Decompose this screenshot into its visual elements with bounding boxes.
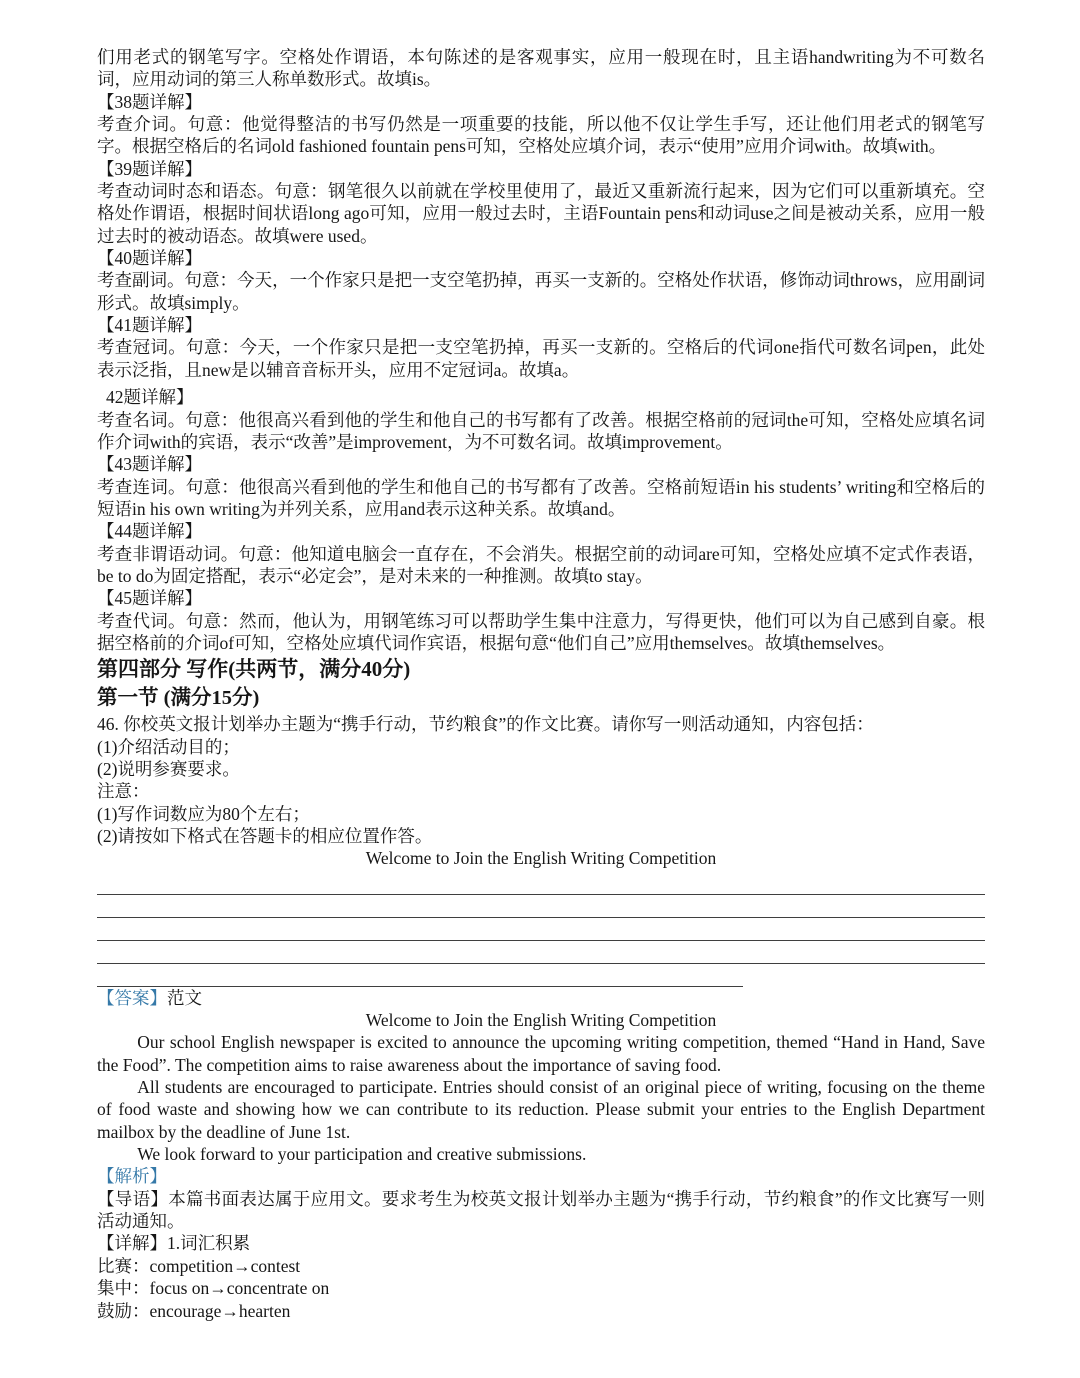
detail-body-44: 考查非谓语动词。句意：他知道电脑会一直存在，不会消失。根据空前的动词are可知，… [97, 543, 985, 588]
section-heading: 第一节 (满分15分) [97, 684, 985, 713]
task-point-1: (1)介绍活动目的； [97, 736, 985, 758]
task-prompt: 46. 你校英文报计划举办主题为“携手行动，节约粮食”的作文比赛。请你写一则活动… [97, 713, 985, 735]
vocab-item-2: 集中：focus on→concentrate on [97, 1277, 985, 1299]
vocab-item-3: 鼓励：encourage→hearten [97, 1300, 985, 1322]
answer-blank-line [97, 872, 985, 895]
answer-blank-line [97, 895, 985, 918]
answer-label: 【答案】 [97, 988, 167, 1008]
detail-heading-41: 【41题详解】 [97, 314, 985, 336]
essay-title: Welcome to Join the English Writing Comp… [97, 1009, 985, 1031]
detail-heading-45: 【45题详解】 [97, 587, 985, 609]
detail-heading-42: 42题详解】 [97, 386, 985, 408]
part-heading: 第四部分 写作(共两节，满分40分) [97, 654, 985, 684]
analysis-detail-heading: 【详解】1.词汇积累 [97, 1232, 985, 1254]
essay-body: Our school English newspaper is excited … [97, 1031, 985, 1165]
detail-heading-38: 【38题详解】 [97, 91, 985, 113]
continuation-paragraph: 们用老式的钢笔写字。空格处作谓语，本句陈述的是客观事实，应用一般现在时，且主语h… [97, 46, 985, 91]
detail-body-42: 考查名词。句意：他很高兴看到他的学生和他自己的书写都有了改善。根据空格前的冠词t… [97, 409, 985, 454]
notice-item-1: (1)写作词数应为80个左右； [97, 803, 985, 825]
answer-tag: 范文 [167, 988, 202, 1008]
detail-heading-39: 【39题详解】 [97, 158, 985, 180]
essay-paragraph-2: All students are encouraged to participa… [97, 1076, 985, 1143]
notice-item-2: (2)请按如下格式在答题卡的相应位置作答。 [97, 825, 985, 847]
answer-blank-line [97, 941, 985, 964]
vocab-item-1: 比赛：competition→contest [97, 1255, 985, 1277]
analysis-lead: 【导语】本篇书面表达属于应用文。要求考生为校英文报计划举办主题为“携手行动，节约… [97, 1188, 985, 1233]
essay-paragraph-3: We look forward to your participation an… [97, 1143, 985, 1165]
detail-body-41: 考查冠词。句意：今天，一个作家只是把一支空笔扔掉，再买一支新的。空格后的代词on… [97, 336, 985, 381]
notice-label: 注意： [97, 780, 985, 802]
task-point-2: (2)说明参赛要求。 [97, 758, 985, 780]
detail-heading-40: 【40题详解】 [97, 247, 985, 269]
detail-body-40: 考查副词。句意：今天，一个作家只是把一支空笔扔掉，再买一支新的。空格处作状语，修… [97, 269, 985, 314]
detail-body-43: 考查连词。句意：他很高兴看到他的学生和他自己的书写都有了改善。空格前短语in h… [97, 476, 985, 521]
essay-paragraph-1: Our school English newspaper is excited … [97, 1031, 985, 1076]
answer-label-line: 【答案】范文 [97, 987, 985, 1009]
answer-blank-area [97, 872, 985, 987]
answer-blank-line-short [97, 964, 743, 987]
exam-answer-page: 们用老式的钢笔写字。空格处作谓语，本句陈述的是客观事实，应用一般现在时，且主语h… [0, 0, 1080, 1378]
analysis-label: 【解析】 [97, 1165, 985, 1187]
detail-heading-44: 【44题详解】 [97, 520, 985, 542]
detail-body-39: 考查动词时态和语态。句意：钢笔很久以前就在学校里使用了，最近又重新流行起来，因为… [97, 180, 985, 247]
detail-heading-43: 【43题详解】 [97, 453, 985, 475]
detail-body-38: 考查介词。句意：他觉得整洁的书写仍然是一项重要的技能，所以他不仅让学生手写，还让… [97, 113, 985, 158]
answer-blank-line [97, 918, 985, 941]
format-title: Welcome to Join the English Writing Comp… [97, 847, 985, 869]
vocab-list: 比赛：competition→contest 集中：focus on→conce… [97, 1255, 985, 1322]
detail-body-45: 考查代词。句意：然而，他认为，用钢笔练习可以帮助学生集中注意力，写得更快，他们可… [97, 610, 985, 655]
